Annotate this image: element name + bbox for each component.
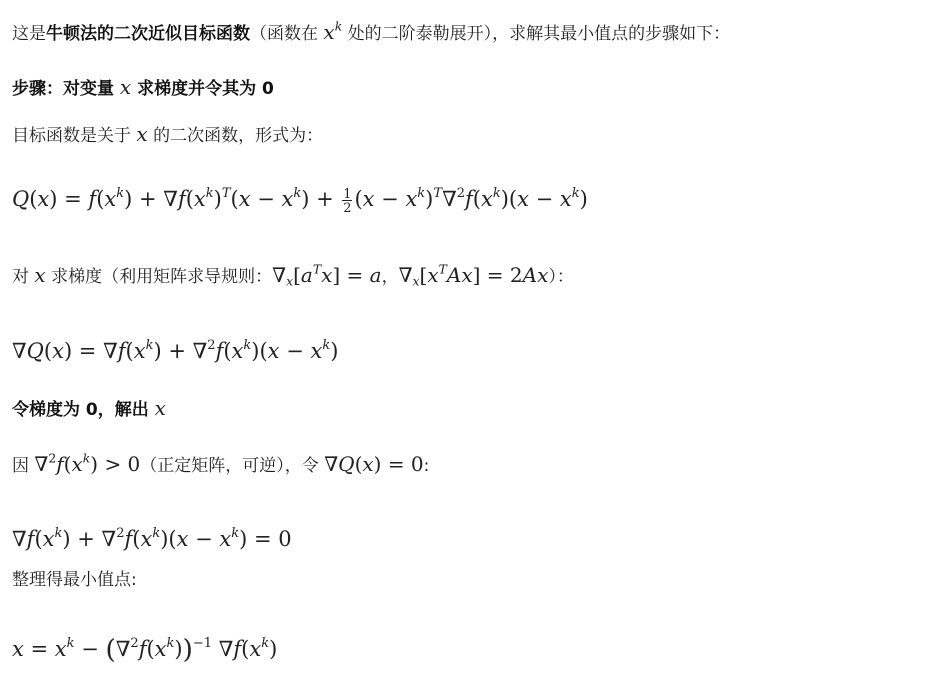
- equation-zero: ∇f(xk) + ∇2f(xk)(x − xk) = 0: [12, 524, 292, 554]
- step2-part1: 令梯度为 0，解出: [12, 400, 155, 420]
- intro-paren-open: （函数在: [250, 24, 323, 44]
- math-x: x: [155, 396, 166, 420]
- math-xk: xk: [323, 20, 342, 44]
- result-paragraph: 整理得最小值点:: [12, 568, 137, 592]
- step-heading-part1: 步骤：对变量: [12, 79, 120, 99]
- math-x: x: [120, 75, 131, 99]
- intro-prefix: 这是: [12, 24, 46, 44]
- gradient-part1: 对: [12, 267, 34, 287]
- equation-gradQ: ∇Q(x) = ∇f(xk) + ∇2f(xk)(x − xk): [12, 336, 338, 366]
- gradient-part2: 求梯度（利用矩阵求导规则：: [46, 267, 272, 287]
- intro-rest: 处的二阶泰勒展开），求解其最小值点的步骤如下：: [342, 24, 730, 44]
- because-part1: 因: [12, 456, 34, 476]
- intro-paragraph: 这是牛顿法的二次近似目标函数（函数在 xk 处的二阶泰勒展开），求解其最小值点的…: [12, 20, 730, 46]
- math-hessian-positive: ∇2f(xk) > 0: [34, 452, 140, 476]
- quadratic-part2: 的二次函数，形式为：: [148, 126, 323, 146]
- equation-Q: Q(x) = f(xk) + ∇f(xk)T(x − xk) + 12(x − …: [12, 184, 588, 214]
- math-x: x: [136, 122, 147, 146]
- because-paragraph: 因 ∇2f(xk) > 0（正定矩阵，可逆），令 ∇Q(x) = 0:: [12, 452, 429, 478]
- quadratic-description: 目标函数是关于 x 的二次函数，形式为：: [12, 122, 323, 148]
- gradient-sep: ，: [382, 267, 399, 287]
- math-gradQ-zero: ∇Q(x) = 0: [324, 452, 423, 476]
- because-part3: :: [424, 456, 430, 476]
- step-heading-gradient: 步骤：对变量 x 求梯度并令其为 0: [12, 75, 274, 101]
- equation-result: x = xk − (∇2f(xk))−1 ∇f(xk): [12, 634, 277, 665]
- math-rule1: ∇x[aTx] = a: [272, 263, 381, 287]
- math-rule2: ∇x[xTAx] = 2Ax: [399, 263, 549, 287]
- because-part2: （正定矩阵，可逆），令: [140, 456, 324, 476]
- gradient-paragraph: 对 x 求梯度（利用矩阵求导规则：∇x[aTx] = a，∇x[xTAx] = …: [12, 263, 574, 289]
- step-heading-solve: 令梯度为 0，解出 x: [12, 396, 166, 422]
- math-x: x: [34, 263, 45, 287]
- quadratic-part1: 目标函数是关于: [12, 126, 136, 146]
- intro-bold-term: 牛顿法的二次近似目标函数: [46, 24, 250, 44]
- gradient-part3: ）：: [548, 267, 574, 287]
- step-heading-part2: 求梯度并令其为 0: [131, 79, 274, 99]
